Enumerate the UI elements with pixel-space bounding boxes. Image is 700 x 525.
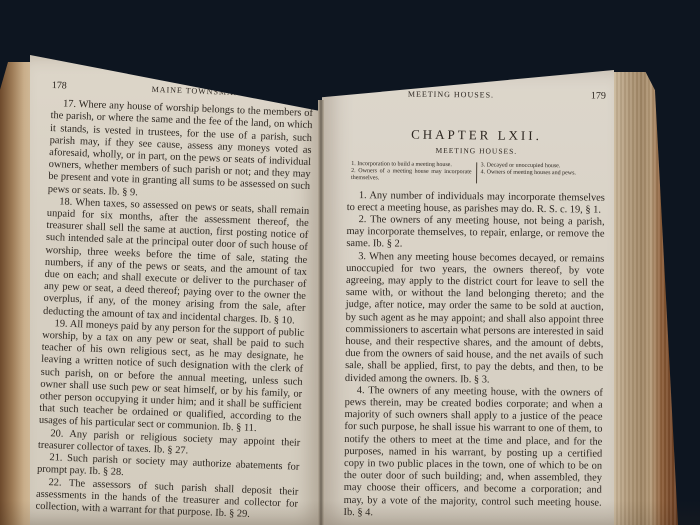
right-page-edges [606,72,678,525]
contents-column-1: 1. Incorporation to build a meeting hous… [347,161,477,183]
running-head-title: MAINE TOWNSMAN. [151,84,243,100]
chapter-contents: 1. Incorporation to build a meeting hous… [347,161,605,185]
book-photo: 178 MAINE TOWNSMAN. 17. Where any house … [0,0,700,525]
section-19: 19. All moneys paid by any person for th… [39,318,305,438]
right-page-text: MEETING HOUSES. 179 CHAPTER LXII. MEETIN… [343,88,606,522]
chapter-subtitle: MEETING HOUSES. [347,144,605,159]
chapter-title: CHAPTER LXII. [347,128,605,143]
section-17: 17. Where any house of worship belongs t… [48,98,314,206]
left-page: 178 MAINE TOWNSMAN. 17. Where any house … [30,55,322,525]
contents-column-2: 3. Decayed or unoccupied house. 4. Owner… [477,162,606,184]
right-page: MEETING HOUSES. 179 CHAPTER LXII. MEETIN… [322,70,614,525]
page-number: 178 [52,80,67,93]
left-page-text: 178 MAINE TOWNSMAN. 17. Where any house … [35,80,313,523]
section-2: 2. The owners of any meeting house, not … [346,214,604,253]
page-number: 179 [591,91,606,103]
section-1: 1. Any number of individuals may incorpo… [347,190,605,217]
section-3: 3. When any meeting house becomes decaye… [345,251,604,388]
book-gutter [318,100,324,525]
section-4: 4. The owners of any meeting house, with… [343,385,602,522]
running-head-title: MEETING HOUSES. [408,89,494,102]
right-running-head: MEETING HOUSES. 179 [348,88,606,103]
contents-item: 2. Owners of a meeting house may incorpo… [351,168,472,183]
section-18: 18. When taxes, so assessed on pews or s… [43,196,309,328]
contents-item: 4. Owners of meeting houses and pews. [481,169,602,177]
